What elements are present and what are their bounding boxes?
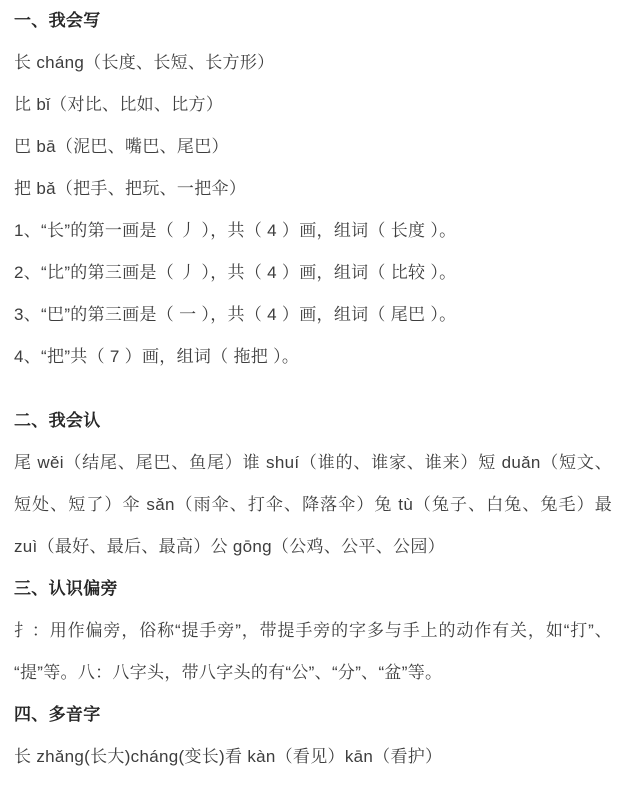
word-entry-ba2: 把 bǎ（把手、把玩、一把伞） [14, 168, 612, 210]
section-4-heading: 四、多音字 [14, 694, 612, 736]
stroke-question-1: 1、“长”的第一画是（ 丿 ），共（ 4 ）画，组词（ 长度 ）。 [14, 210, 612, 252]
section-3-heading: 三、认识偏旁 [14, 568, 612, 610]
word-entry-bi: 比 bǐ（对比、比如、比方） [14, 84, 612, 126]
recognize-words-paragraph: 尾 wěi（结尾、尾巴、鱼尾）谁 shuí（谁的、谁家、谁来）短 duǎn（短文… [14, 442, 612, 568]
section-1-heading: 一、我会写 [14, 0, 612, 42]
chinese-study-notes-document: 一、我会写 长 cháng（长度、长短、长方形） 比 bǐ（对比、比如、比方） … [0, 0, 624, 786]
radicals-paragraph: 扌：用作偏旁，俗称“提手旁”，带提手旁的字多与手上的动作有关，如“打”、“提”等… [14, 610, 612, 694]
word-entry-chang: 长 cháng（长度、长短、长方形） [14, 42, 612, 84]
stroke-question-2: 2、“比”的第三画是（ 丿 ），共（ 4 ）画，组词（ 比较 ）。 [14, 252, 612, 294]
stroke-question-3: 3、“巴”的第三画是（ 一 ），共（ 4 ）画，组词（ 尾巴 ）。 [14, 294, 612, 336]
stroke-question-4: 4、“把”共（ 7 ）画，组词（ 拖把 ）。 [14, 336, 612, 378]
section-2-heading: 二、我会认 [14, 400, 612, 442]
section-radicals: 三、认识偏旁 扌：用作偏旁，俗称“提手旁”，带提手旁的字多与手上的动作有关，如“… [14, 568, 612, 694]
section-i-can-write: 一、我会写 长 cháng（长度、长短、长方形） 比 bǐ（对比、比如、比方） … [14, 0, 612, 378]
section-polyphones: 四、多音字 长 zhǎng(长大)cháng(变长)看 kàn（看见）kān（看… [14, 694, 612, 778]
section-i-can-recognize: 二、我会认 尾 wěi（结尾、尾巴、鱼尾）谁 shuí（谁的、谁家、谁来）短 d… [14, 400, 612, 568]
word-entry-ba1: 巴 bā（泥巴、嘴巴、尾巴） [14, 126, 612, 168]
polyphone-entry-line: 长 zhǎng(长大)cháng(变长)看 kàn（看见）kān（看护） [14, 736, 612, 778]
